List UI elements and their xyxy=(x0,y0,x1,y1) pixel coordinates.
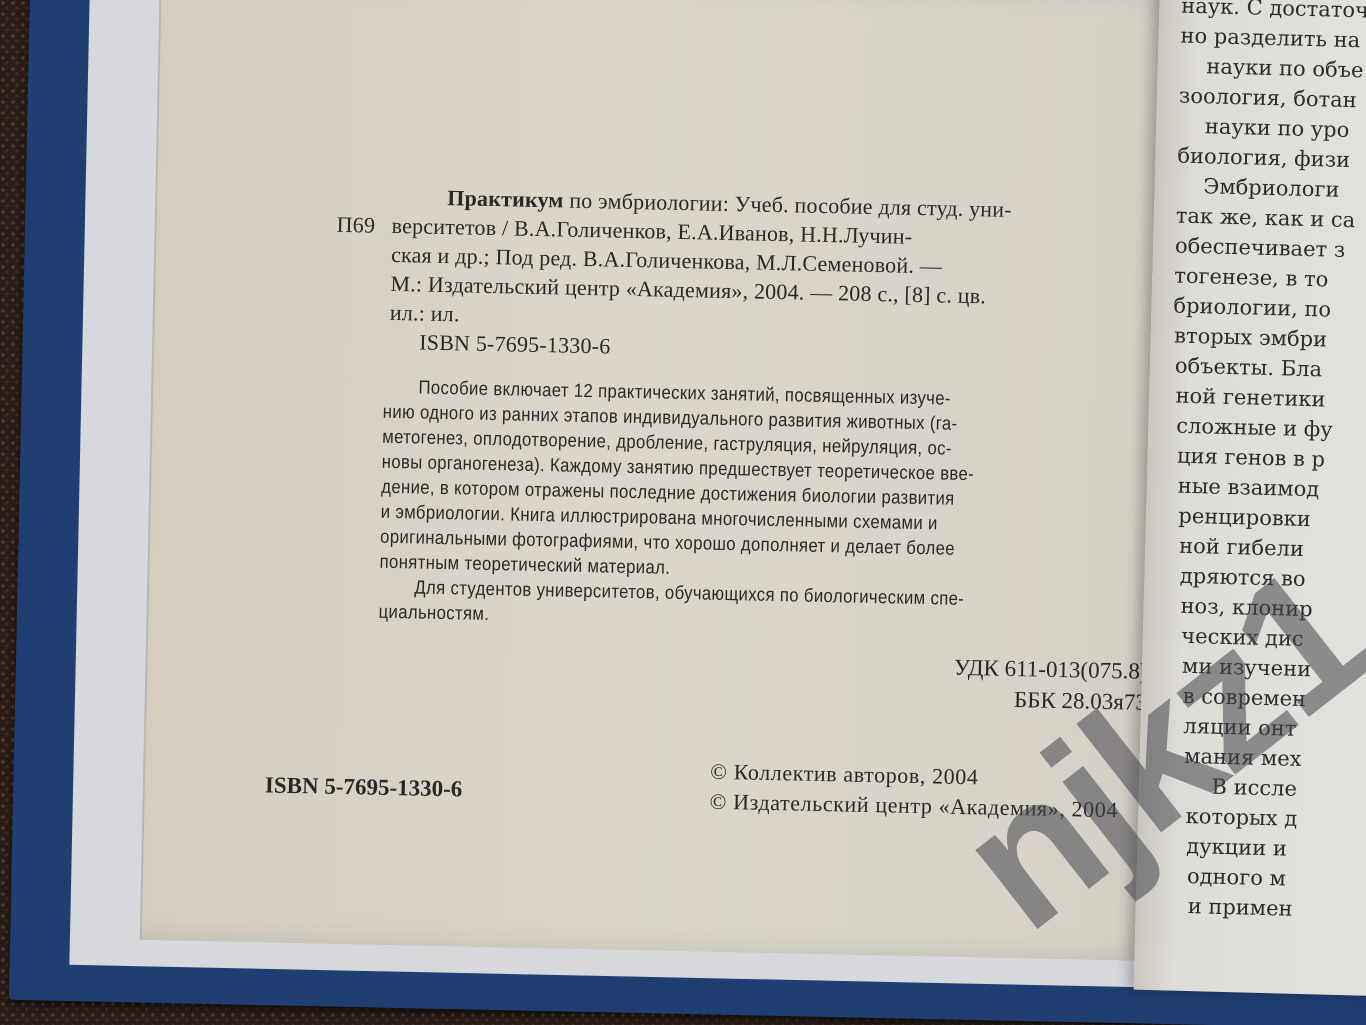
bibliographic-entry: Практикум по эмбриологии: Учеб. пособие … xyxy=(439,183,1012,369)
title-bold: Практикум xyxy=(447,185,564,212)
right-page-line: и примен xyxy=(1157,890,1359,925)
isbn-bottom: ISBN 5-7695-1330-6 xyxy=(265,772,463,802)
annotation: Пособие включает 12 практических занятий… xyxy=(378,375,976,637)
catalog-code: П69 xyxy=(336,210,375,240)
